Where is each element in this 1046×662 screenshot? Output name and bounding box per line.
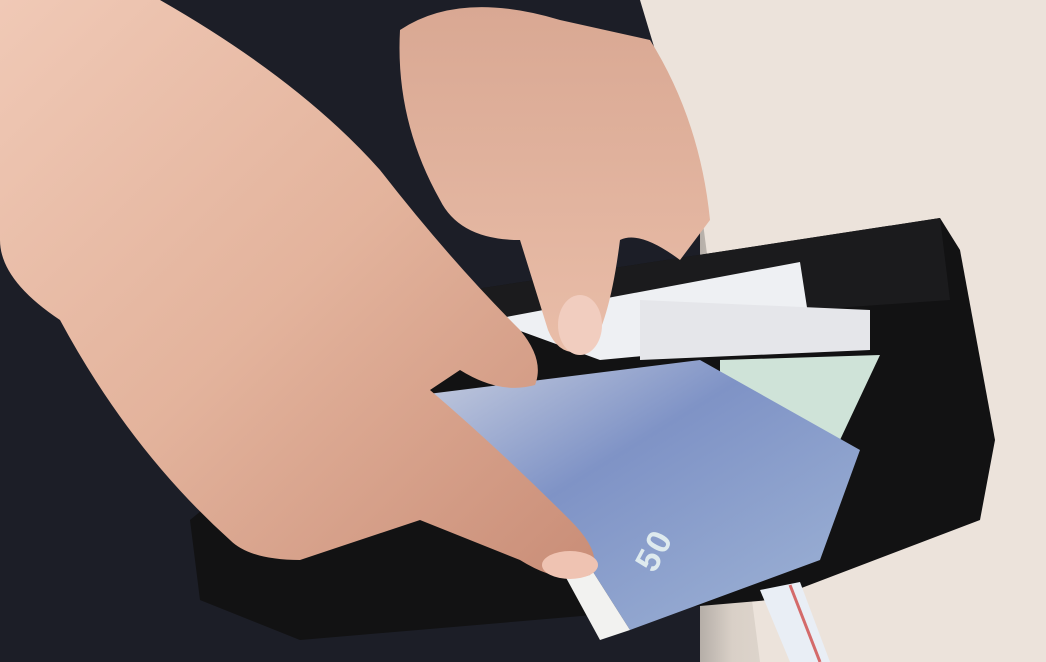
receipt-2 xyxy=(640,300,870,360)
photo-illustration xyxy=(0,0,1046,662)
left-thumb-nail xyxy=(542,551,598,579)
photo-scene: 50 xyxy=(0,0,1046,662)
right-thumb-nail xyxy=(558,295,602,355)
